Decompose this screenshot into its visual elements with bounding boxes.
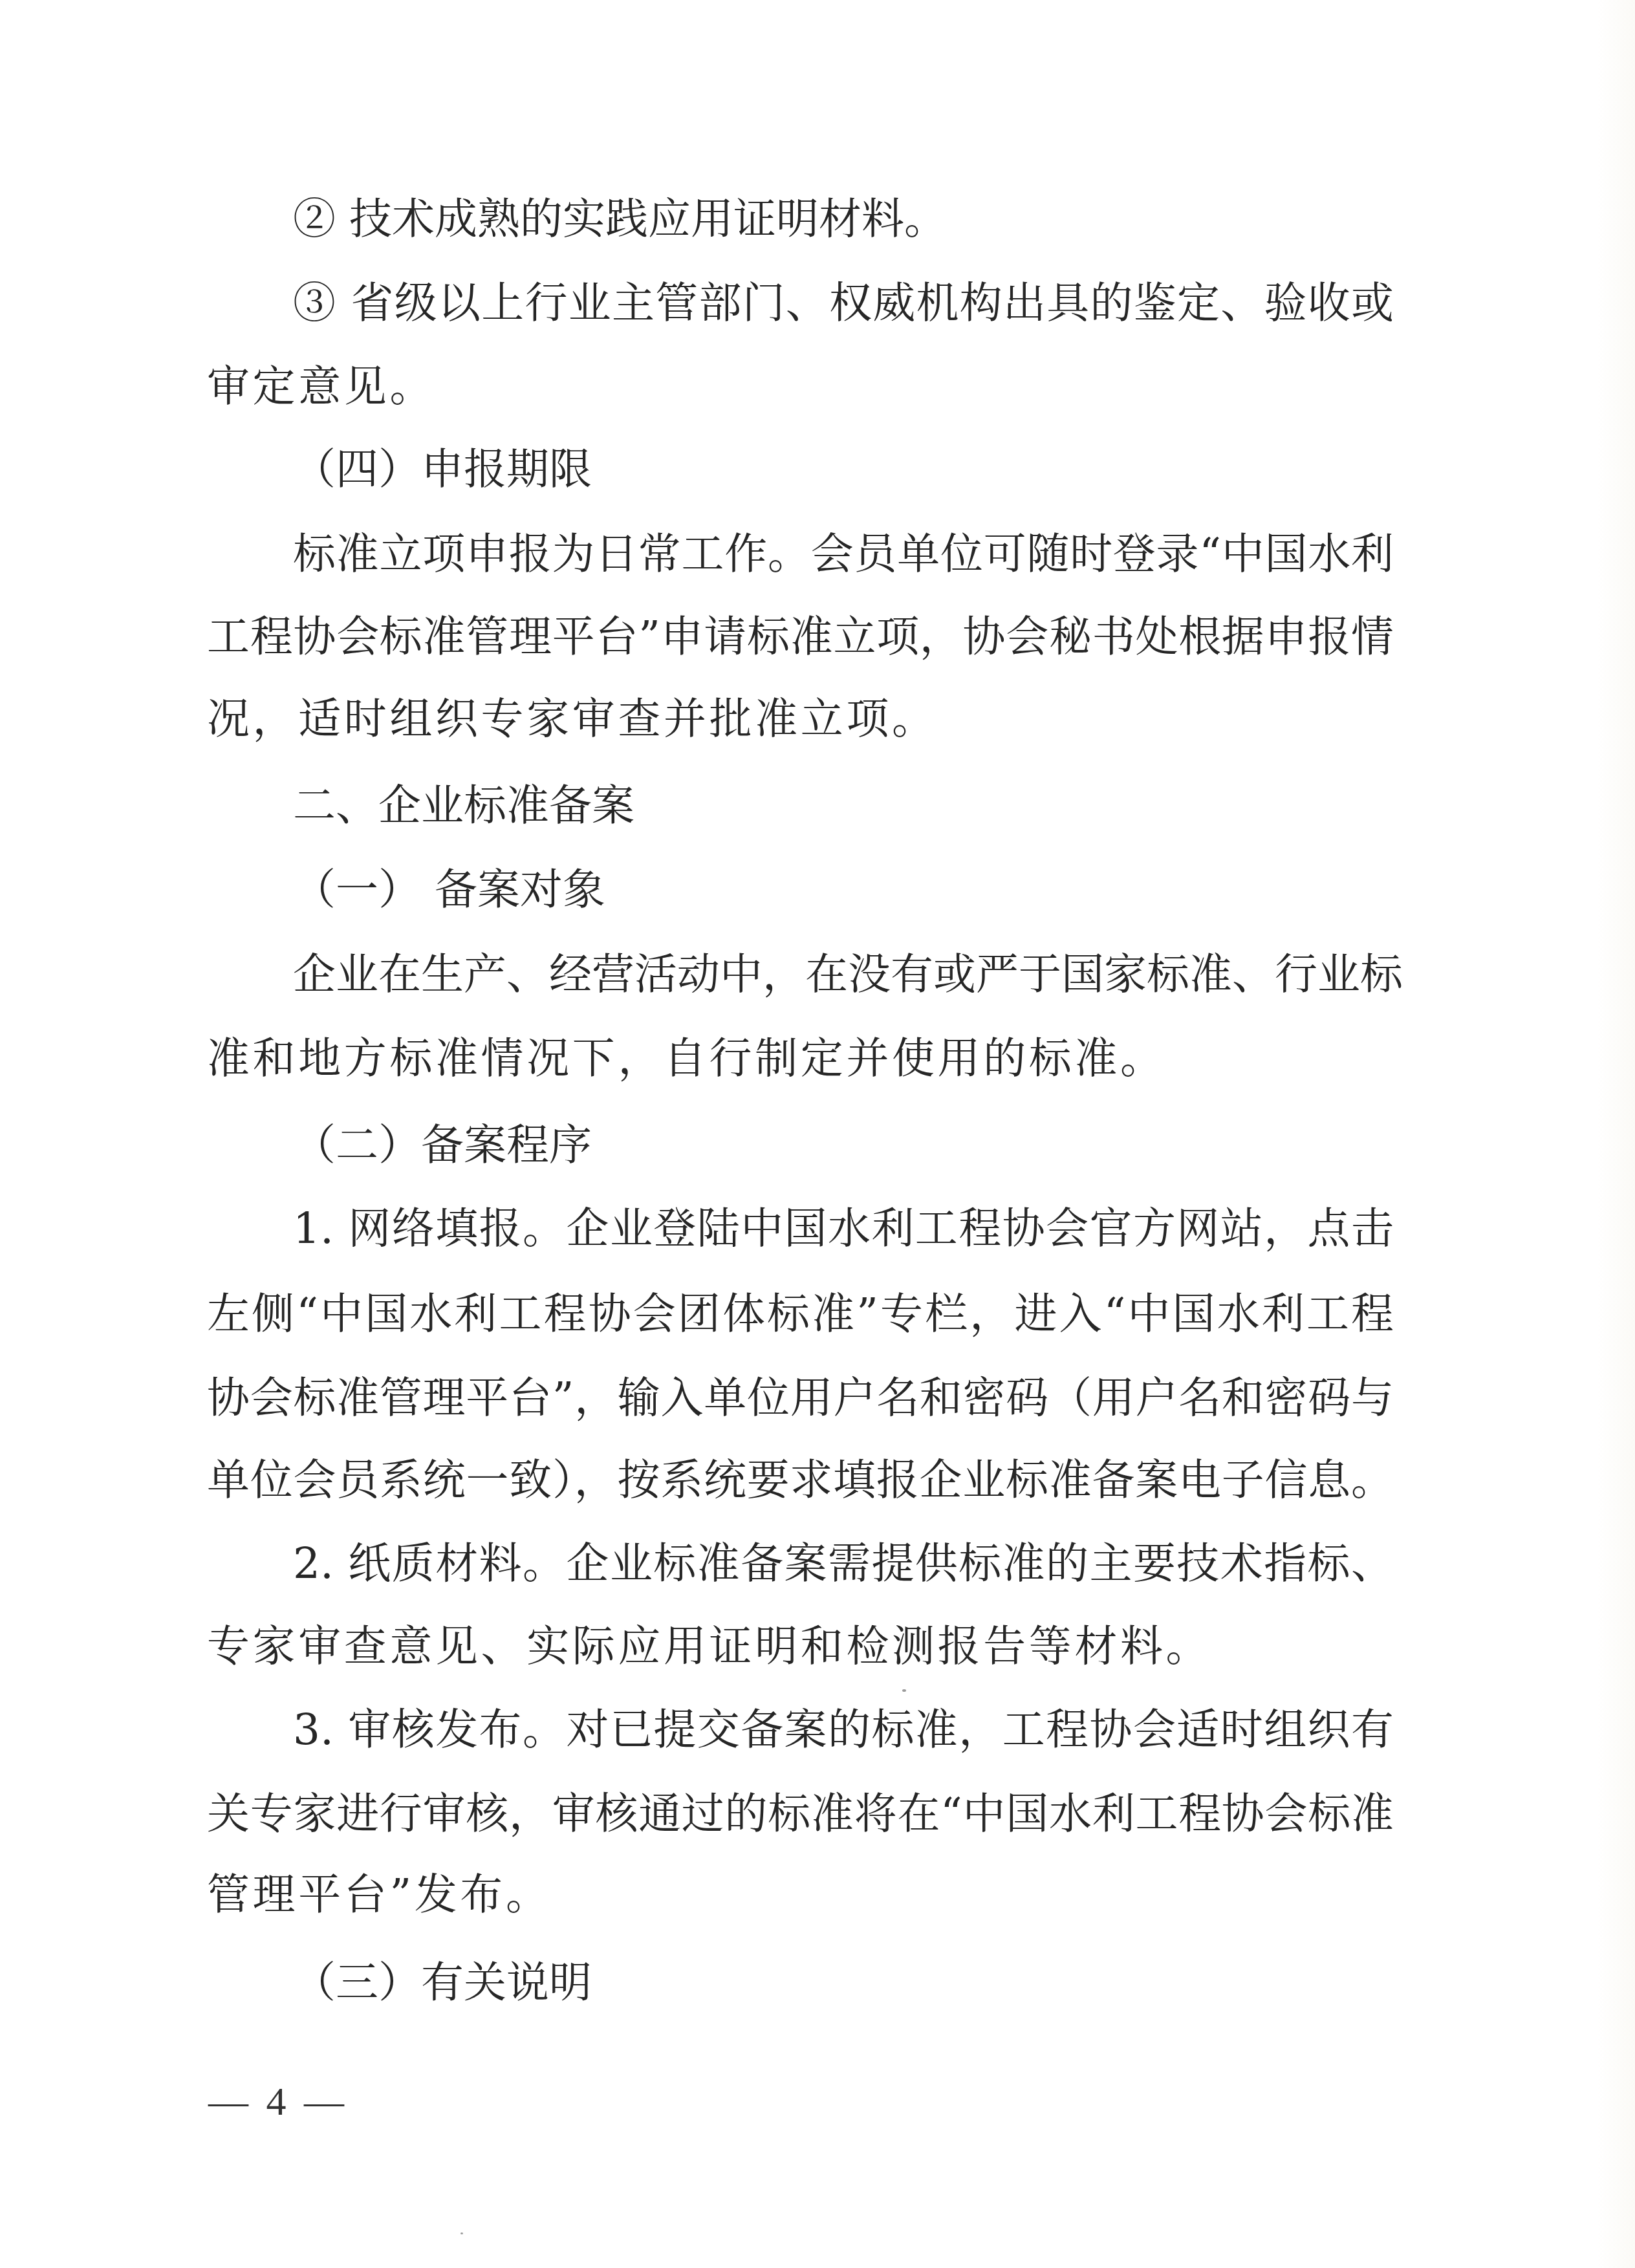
procedure-step-1-line-1: 1. 网络填报。企业登陆中国水利工程协会官方网站，点击 [293,1203,1394,1255]
subheading-application-deadline: （四）申报期限 [293,444,1394,495]
procedure-step-1-line-2: 左侧“中国水利工程协会团体标准”专栏，进入“中国水利工程 [207,1288,1394,1340]
paragraph-deadline-line-1: 标准立项申报为日常工作。会员单位可随时登录“中国水利 [293,528,1394,580]
procedure-step-1-line-4: 单位会员系统一致），按系统要求填报企业标准备案电子信息。 [207,1454,1394,1506]
paragraph-filing-object-line-1: 企业在生产、经营活动中，在没有或严于国家标准、行业标 [293,949,1394,1000]
list-item-3: ③ 省级以上行业主管部门、权威机构出具的鉴定、验收或 [293,277,1394,329]
paragraph-deadline-line-3: 况，适时组织专家审查并批准立项。 [207,693,1394,745]
scan-speck [902,1689,906,1692]
subheading-filing-object: （一） 备案对象 [293,864,1394,916]
list-item-3-continuation: 审定意见。 [207,361,1394,413]
scan-speck [460,2232,463,2234]
subheading-filing-procedure: （二）备案程序 [293,1119,1394,1171]
subheading-related-notes: （三）有关说明 [293,1957,1394,2009]
paragraph-filing-object-line-2: 准和地方标准情况下，自行制定并使用的标准。 [207,1033,1394,1085]
section-heading-enterprise-standard-filing: 二、企业标准备案 [293,780,1394,832]
paragraph-deadline-line-2: 工程协会标准管理平台”申请标准立项，协会秘书处根据申报情 [207,611,1394,663]
page-number: — 4 — [208,2076,348,2128]
list-item-2: ② 技术成熟的实践应用证明材料。 [293,193,1394,245]
procedure-step-1-line-3: 协会标准管理平台”，输入单位用户名和密码（用户名和密码与 [207,1372,1394,1424]
procedure-step-2-line-2: 专家审查意见、实际应用证明和检测报告等材料。 [207,1621,1394,1672]
procedure-step-3-line-3: 管理平台”发布。 [207,1869,1394,1921]
procedure-step-3-line-1: 3. 审核发布。对已提交备案的标准，工程协会适时组织有 [293,1704,1394,1756]
scan-page-edge [1596,0,1635,2268]
procedure-step-3-line-2: 关专家进行审核，审核通过的标准将在“中国水利工程协会标准 [207,1788,1394,1840]
procedure-step-2-line-1: 2. 纸质材料。企业标准备案需提供标准的主要技术指标、 [293,1538,1394,1590]
